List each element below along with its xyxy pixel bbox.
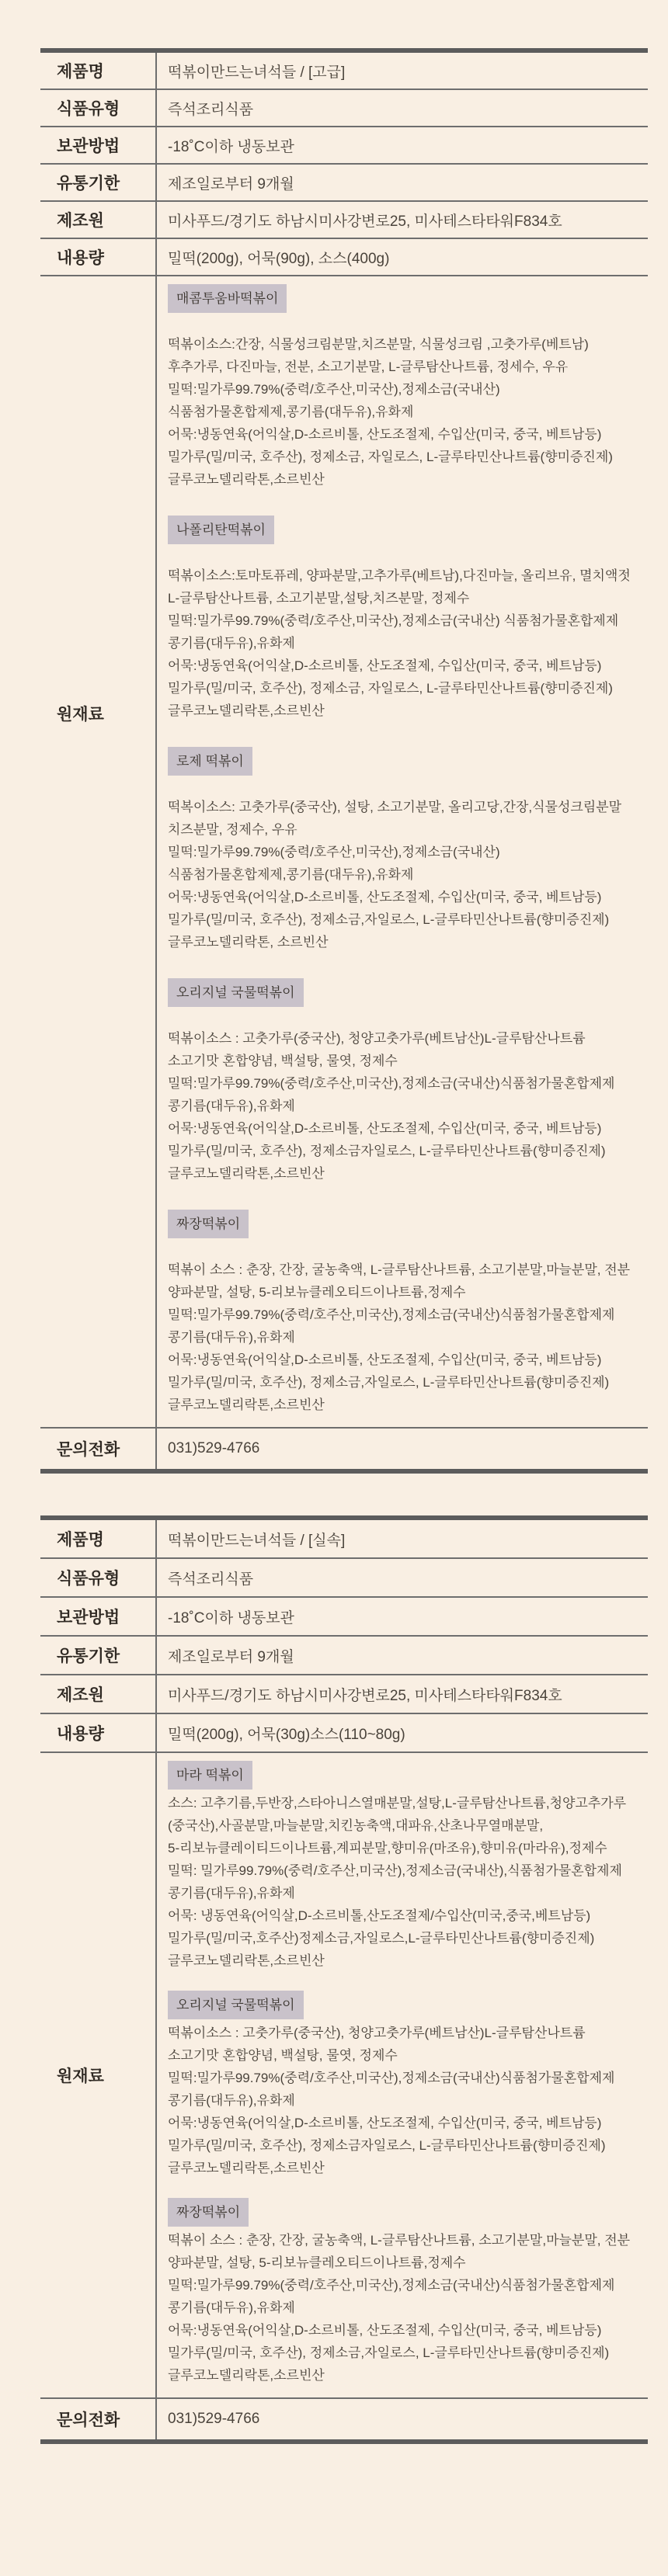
ingredient-section: 짜장떡볶이 떡볶이 소스 : 춘장, 간장, 굴농축액, L-글루탐산나트륨, … <box>168 1210 637 1416</box>
row-label: 원재료 <box>57 702 139 725</box>
ingredient-section: 매콤투움바떡볶이 떡볶이소스:간장, 식물성크림분말,치즈분말, 식물성크림 ,… <box>168 284 637 491</box>
table-row-food-type: 식품유형 즉석조리식품 <box>40 1559 648 1598</box>
ingredients-content: 매콤투움바떡볶이 떡볶이소스:간장, 식물성크림분말,치즈분말, 식물성크림 ,… <box>157 276 648 1427</box>
row-label: 제조원 <box>57 1682 139 1706</box>
ingredient-text: 떡복이소스: 고춧가루(중국산), 설탕, 소고기분말, 올리고당,간장,식물성… <box>168 796 637 953</box>
row-label-cell: 원재료 <box>40 276 157 1427</box>
row-value: -18˚C이하 냉동보관 <box>157 1598 648 1635</box>
ingredient-section: 나폴리탄떡볶이 떡볶이소스:토마토퓨레, 양파분말,고추가루(베트남),다진마늘… <box>168 516 637 722</box>
row-label: 제조원 <box>57 208 139 231</box>
section-title-badge: 매콤투움바떡볶이 <box>168 284 287 313</box>
row-label: 제품명 <box>57 1527 139 1550</box>
row-label-cell: 제조원 <box>40 202 157 238</box>
product-info-table-value: 제품명 떡볶이만드는녀석들 / [실속] 식품유형 즉석조리식품 보관방법 -1… <box>40 1515 648 2444</box>
row-label: 제품명 <box>57 59 139 82</box>
section-title-badge: 짜장떡볶이 <box>168 2198 249 2227</box>
row-value: 즉석조리식품 <box>157 1559 648 1596</box>
row-value: 즉석조리식품 <box>157 90 648 126</box>
row-value: 밀떡(200g), 어묵(90g), 소스(400g) <box>157 239 648 275</box>
ingredient-text: 떡볶이소스 : 고춧가루(중국산), 청양고춧가루(베트남산)L-글루탐산나트륨… <box>168 1027 637 1185</box>
table-row-net-content: 내용량 밀떡(200g), 어묵(30g)소스(110~80g) <box>40 1714 648 1753</box>
ingredient-section: 짜장떡볶이 떡볶이 소스 : 춘장, 간장, 굴농축액, L-글루탐산나트륨, … <box>168 2198 637 2387</box>
table-row-phone: 문의전화 031)529-4766 <box>40 2399 648 2439</box>
row-label: 식품유형 <box>57 1566 139 1589</box>
row-label-cell: 보관방법 <box>40 127 157 163</box>
row-label: 내용량 <box>57 1721 139 1745</box>
ingredient-text: 소스: 고추기름,두반장,스타아니스열매분말,설탕,L-글루탐산나트륨,청양고추… <box>168 1792 637 1972</box>
row-label-cell: 내용량 <box>40 1714 157 1751</box>
table-row-shelf-life: 유통기한 제조일로부터 9개월 <box>40 1637 648 1675</box>
row-value: 제조일로부터 9개월 <box>157 165 648 200</box>
ingredient-text: 떡볶이소스 : 고춧가루(중국산), 청양고춧가루(베트남산)L-글루탐산나트륨… <box>168 2022 637 2179</box>
section-title-badge: 짜장떡볶이 <box>168 1210 249 1238</box>
row-label-cell: 보관방법 <box>40 1598 157 1635</box>
row-value: 떡볶이만드는녀석들 / [실속] <box>157 1520 648 1557</box>
row-value: 031)529-4766 <box>157 2399 648 2439</box>
row-value: -18˚C이하 냉동보관 <box>157 127 648 163</box>
row-label: 문의전화 <box>57 1437 139 1460</box>
table-row-product-name: 제품명 떡볶이만드는녀석들 / [실속] <box>40 1520 648 1559</box>
row-label-cell: 문의전화 <box>40 2399 157 2439</box>
row-label: 내용량 <box>57 245 139 269</box>
ingredients-content: 마라 떡볶이 소스: 고추기름,두반장,스타아니스열매분말,설탕,L-글루탐산나… <box>157 1753 648 2397</box>
section-title-badge: 마라 떡볶이 <box>168 1761 252 1790</box>
row-label-cell: 식품유형 <box>40 1559 157 1596</box>
table-row-manufacturer: 제조원 미사푸드/경기도 하남시미사강변로25, 미사테스타타워F834호 <box>40 1675 648 1714</box>
row-label-cell: 유통기한 <box>40 1637 157 1674</box>
row-label-cell: 제조원 <box>40 1675 157 1713</box>
row-value: 제조일로부터 9개월 <box>157 1637 648 1674</box>
table-row-storage: 보관방법 -18˚C이하 냉동보관 <box>40 127 648 165</box>
row-value: 031)529-4766 <box>157 1429 648 1469</box>
section-title-badge: 나폴리탄떡볶이 <box>168 516 274 544</box>
row-value: 미사푸드/경기도 하남시미사강변로25, 미사테스타타워F834호 <box>157 202 648 238</box>
row-label: 유통기한 <box>57 1644 139 1667</box>
ingredient-section: 오리지널 국물떡볶이 떡볶이소스 : 고춧가루(중국산), 청양고춧가루(베트남… <box>168 978 637 1185</box>
row-label-cell: 식품유형 <box>40 90 157 126</box>
ingredient-text: 떡볶이소스:토마토퓨레, 양파분말,고추가루(베트남),다진마늘, 올리브유, … <box>168 564 637 722</box>
row-label-cell: 내용량 <box>40 239 157 275</box>
table-row-ingredients: 원재료 매콤투움바떡볶이 떡볶이소스:간장, 식물성크림분말,치즈분말, 식물성… <box>40 276 648 1429</box>
row-label-cell: 원재료 <box>40 1753 157 2397</box>
row-label-cell: 유통기한 <box>40 165 157 200</box>
row-value: 미사푸드/경기도 하남시미사강변로25, 미사테스타타워F834호 <box>157 1675 648 1713</box>
section-title-badge: 오리지널 국물떡볶이 <box>168 978 304 1007</box>
row-label: 원재료 <box>57 2064 139 2087</box>
table-row-manufacturer: 제조원 미사푸드/경기도 하남시미사강변로25, 미사테스타타워F834호 <box>40 202 648 239</box>
product-info-sheet: 제품명 떡볶이만드는녀석들 / [고급] 식품유형 즉석조리식품 보관방법 -1… <box>0 48 668 2576</box>
table-row-net-content: 내용량 밀떡(200g), 어묵(90g), 소스(400g) <box>40 239 648 276</box>
table-row-storage: 보관방법 -18˚C이하 냉동보관 <box>40 1598 648 1637</box>
section-title-badge: 로제 떡볶이 <box>168 747 252 776</box>
ingredient-section: 오리지널 국물떡볶이 떡볶이소스 : 고춧가루(중국산), 청양고춧가루(베트남… <box>168 1991 637 2179</box>
row-value: 떡볶이만드는녀석들 / [고급] <box>157 53 648 89</box>
row-label: 보관방법 <box>57 1605 139 1628</box>
row-label: 식품유형 <box>57 96 139 120</box>
row-label-cell: 문의전화 <box>40 1429 157 1469</box>
row-label-cell: 제품명 <box>40 53 157 89</box>
ingredient-text: 떡볶이 소스 : 춘장, 간장, 굴농축액, L-글루탐산나트륨, 소고기분말,… <box>168 1258 637 1416</box>
row-label: 유통기한 <box>57 171 139 194</box>
table-row-shelf-life: 유통기한 제조일로부터 9개월 <box>40 165 648 202</box>
row-label-cell: 제품명 <box>40 1520 157 1557</box>
ingredient-section: 로제 떡볶이 떡복이소스: 고춧가루(중국산), 설탕, 소고기분말, 올리고당… <box>168 747 637 953</box>
row-value: 밀떡(200g), 어묵(30g)소스(110~80g) <box>157 1714 648 1751</box>
ingredient-text: 떡볶이 소스 : 춘장, 간장, 굴농축액, L-글루탐산나트륨, 소고기분말,… <box>168 2229 637 2387</box>
table-row-phone: 문의전화 031)529-4766 <box>40 1429 648 1469</box>
ingredient-text: 떡볶이소스:간장, 식물성크림분말,치즈분말, 식물성크림 ,고춧가루(베트남)… <box>168 333 637 491</box>
table-row-product-name: 제품명 떡볶이만드는녀석들 / [고급] <box>40 53 648 90</box>
table-row-food-type: 식품유형 즉석조리식품 <box>40 90 648 127</box>
table-row-ingredients: 원재료 마라 떡볶이 소스: 고추기름,두반장,스타아니스열매분말,설탕,L-글… <box>40 1753 648 2399</box>
section-title-badge: 오리지널 국물떡볶이 <box>168 1991 304 2019</box>
row-label: 문의전화 <box>57 2408 139 2431</box>
product-info-table-premium: 제품명 떡볶이만드는녀석들 / [고급] 식품유형 즉석조리식품 보관방법 -1… <box>40 48 648 1474</box>
row-label: 보관방법 <box>57 134 139 157</box>
ingredient-section: 마라 떡볶이 소스: 고추기름,두반장,스타아니스열매분말,설탕,L-글루탐산나… <box>168 1761 637 1972</box>
